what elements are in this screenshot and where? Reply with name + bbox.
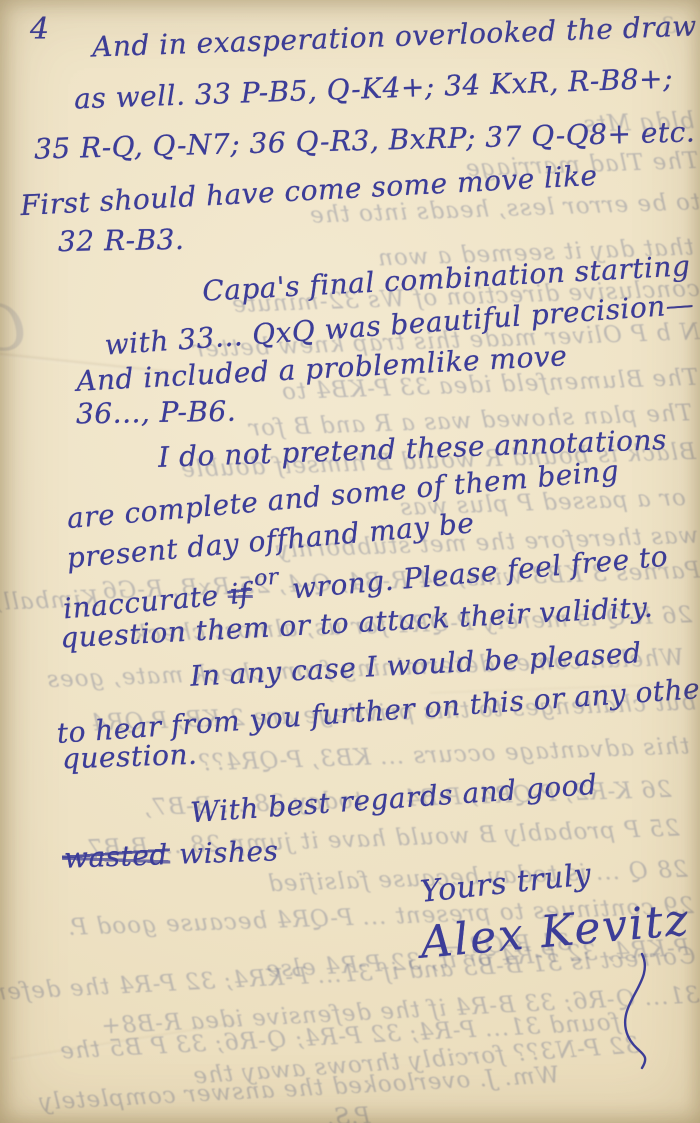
letter-line: wasted wishes [61,834,278,875]
bleedthrough-fragment: this advantage occurs ... KB3, P-QR4?? [198,733,690,776]
letter-line: And in exasperation overlooked the draw [92,9,698,63]
closing: Yours truly [419,857,593,910]
letter-line: With best regards and good [189,768,598,829]
letter-line: First should have come some move like [20,159,599,222]
bleedthrough-fragment: Correct is 31 B-B3 and if 31... P-KR4; 3… [0,943,696,1015]
bleedthrough-fragment: 31... Q-R6; 33 B-R4 if the defensive ide… [100,982,700,1039]
bleedthrough-fragment: P.S. [325,1103,370,1123]
page-number: 4 [30,12,50,47]
letter-line: question. [61,738,197,776]
bleedthrough-fragment: found 31... P-R4; 32 P-R4; Q-R6; 33 P B5… [58,1009,620,1064]
crossed-out-word: if [226,576,253,611]
fold-crease [11,1022,239,1061]
bleedthrough-fragment: 32 P-N3?? forcibly throws away the [192,1032,641,1089]
letter-page: 3 bldg Mts The Tlad marriage to be error… [0,0,700,1123]
letter-line-text: wishes [179,834,279,870]
inserted-word: or [253,565,280,592]
bleedthrough-fragment: Wm. J. overlooked the answer completely [38,1062,560,1115]
letter-line: 36..., P-B6. [76,395,237,431]
signature-flourish [598,952,668,1072]
bleedthrough-fragment: G [0,291,27,367]
crossed-out-word: wasted [61,838,170,875]
letter-line: as well. 33 P-B5, Q-K4+; 34 KxR, R-B8+; [74,62,674,116]
letter-line: 32 R-B3. [58,223,185,258]
